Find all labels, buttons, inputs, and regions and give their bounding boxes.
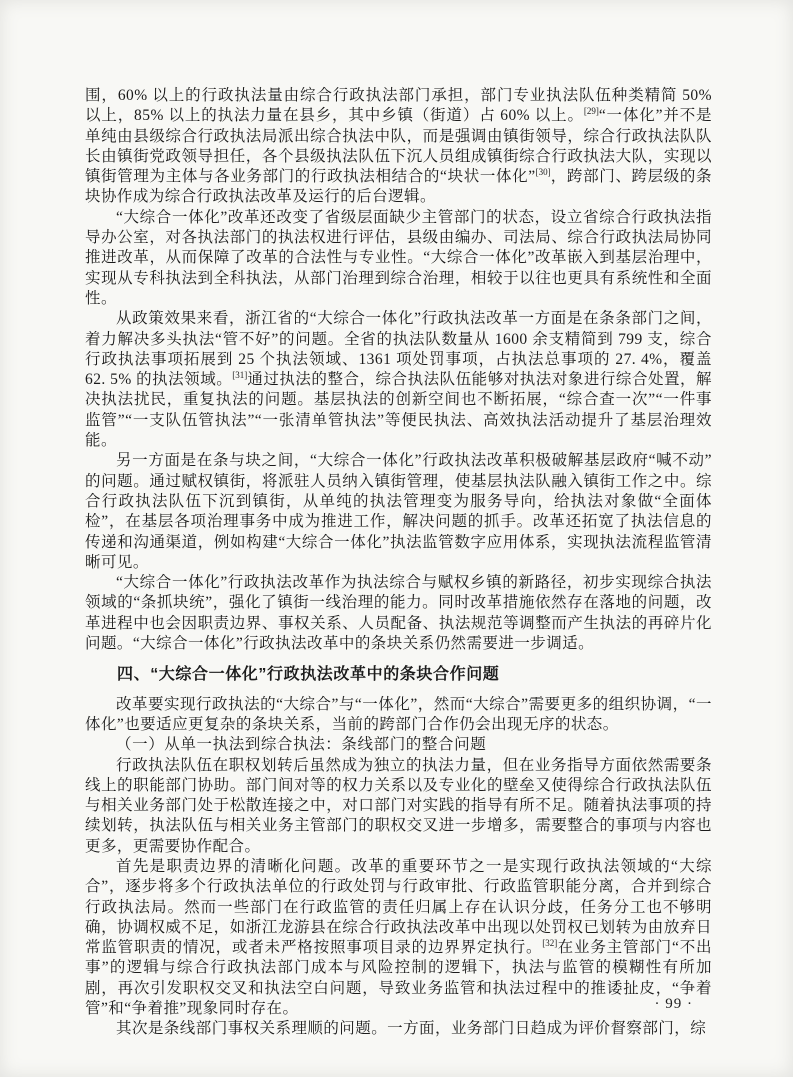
footnote-ref: [29] [584, 106, 599, 116]
paragraph: 改革要实现行政执法的“大综合”与“一体化”，然而“大综合”需要更多的组织协调，“… [85, 695, 712, 736]
paragraph: “大综合一体化”改革还改变了省级层面缺少主管部门的状态，设立省综合行政执法指导办… [85, 208, 712, 309]
paragraph: “大综合一体化”行政执法改革作为执法综合与赋权乡镇的新路径，初步实现综合执法领域… [85, 573, 712, 654]
paragraph: 从政策效果来看，浙江省的“大综合一体化”行政执法改革一方面是在条条部门之间，着力… [85, 309, 712, 451]
paragraph: 行政执法队伍在职权划转后虽然成为独立的执法力量，但在业务指导方面依然需要条线上的… [85, 756, 712, 857]
text-column: 围，60% 以上的行政执法量由综合行政执法部门承担，部门专业执法队伍种类精简 5… [85, 86, 712, 1040]
subsection-heading: （一）从单一执法到综合执法：条线部门的整合问题 [85, 735, 712, 755]
footnote-ref: [30] [536, 167, 551, 177]
paragraph: 围，60% 以上的行政执法量由综合行政执法部门承担，部门专业执法队伍种类精简 5… [85, 86, 712, 208]
paragraph: 首先是职责边界的清晰化问题。改革的重要环节之一是实现行政执法领域的“大综合”，逐… [85, 857, 712, 1019]
paragraph: 另一方面是在条与块之间，“大综合一体化”行政执法改革积极破解基层政府“喊不动”的… [85, 451, 712, 573]
paragraph: 其次是条线部门事权关系理顺的问题。一方面，业务部门日趋成为评价督察部门，综 [85, 1019, 712, 1039]
document-page: 围，60% 以上的行政执法量由综合行政执法部门承担，部门专业执法队伍种类精简 5… [0, 0, 793, 1077]
section-heading: 四、“大综合一体化”行政执法改革中的条块合作问题 [85, 665, 712, 685]
footnote-ref: [31] [232, 370, 247, 380]
page-number: · 99 · [0, 996, 793, 1013]
footnote-ref: [32] [542, 938, 557, 948]
